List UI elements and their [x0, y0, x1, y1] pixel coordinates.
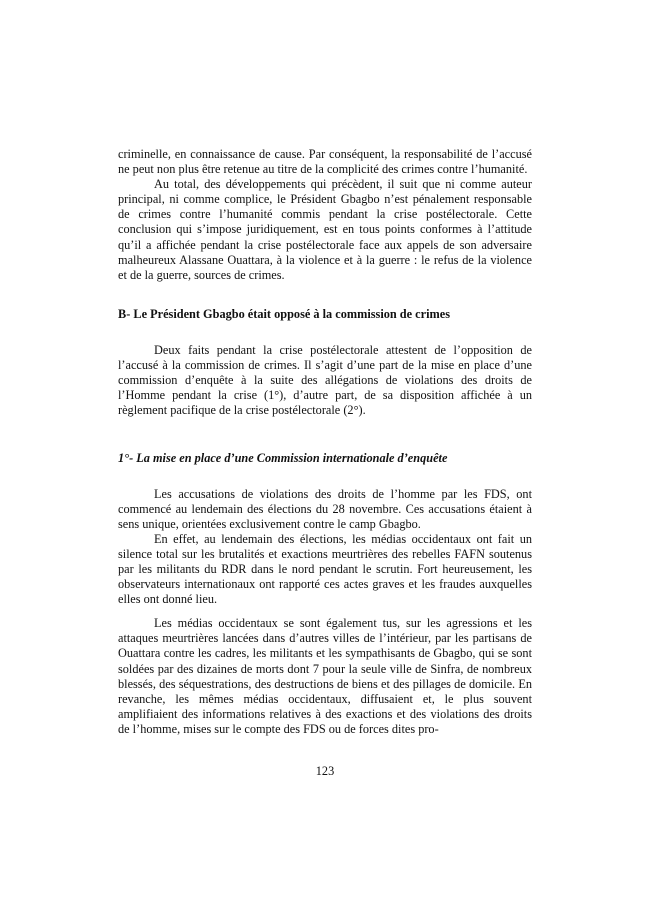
- document-page: criminelle, en connaissance de cause. Pa…: [0, 0, 650, 920]
- paragraph-au-total: Au total, des développements qui précède…: [118, 177, 532, 283]
- paragraph-les-medias: Les médias occidentaux se sont également…: [118, 616, 532, 737]
- paragraph-deux-faits: Deux faits pendant la crise postélectora…: [118, 343, 532, 418]
- section-heading-b: B- Le Président Gbagbo était opposé à la…: [118, 307, 532, 322]
- paragraph-les-accusations: Les accusations de violations des droits…: [118, 487, 532, 532]
- text-block: criminelle, en connaissance de cause. Pa…: [118, 147, 532, 737]
- paragraph-continued-from-previous-page: criminelle, en connaissance de cause. Pa…: [118, 147, 532, 177]
- page-number: 123: [0, 764, 650, 779]
- paragraph-en-effet: En effet, au lendemain des élections, le…: [118, 532, 532, 607]
- subsection-heading-1: 1°- La mise en place d’une Commission in…: [118, 451, 532, 466]
